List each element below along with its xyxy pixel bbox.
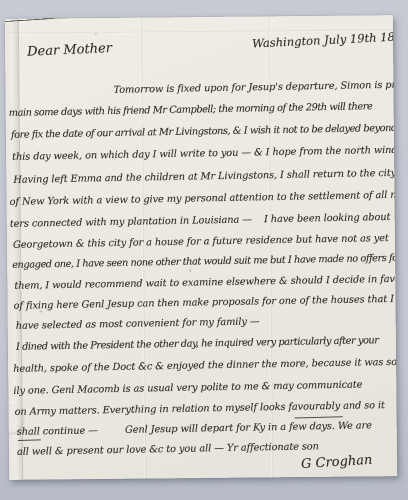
letter-line: main some days with his friend Mr Campbe… xyxy=(9,101,373,119)
letter-line: ily one. Genl Macomb is as usual very po… xyxy=(13,379,362,396)
foxing-spot xyxy=(189,269,191,272)
letter-line: health, spoke of the Doct &c & enjoyed t… xyxy=(13,356,397,374)
underline-stroke xyxy=(18,439,41,441)
letter-line: this day week, on which day I will write… xyxy=(12,145,397,163)
foxing-spot xyxy=(95,33,97,35)
letter-line: of fixing here Genl Jesup can then make … xyxy=(13,294,394,312)
letter-line: have selected as most convenient for my … xyxy=(16,316,260,331)
letter-sheet: Dear Mother Washington July 19th 1829 To… xyxy=(5,15,397,480)
letter-line: engaged one, I have seen none other that… xyxy=(12,253,397,271)
letter-line: all well & present our love &c to you al… xyxy=(17,441,319,458)
salutation-text: Dear Mother xyxy=(27,41,112,60)
letter-line: Tomorrow is fixed upon for Jesup's depar… xyxy=(113,78,397,96)
letter-line: ters connected with my plantation in Lou… xyxy=(10,212,391,230)
letter-line: I dined with the President the other day… xyxy=(16,335,379,353)
letter-line: of New York with a view to give my perso… xyxy=(9,190,397,208)
signature-text: G Croghan xyxy=(301,453,373,472)
underline-stroke xyxy=(295,416,343,418)
letter-line: them, I would recommend wait to examine … xyxy=(14,274,397,292)
letter-line: fore fix the date of our arrival at Mr L… xyxy=(11,123,397,141)
photo-background: Dear Mother Washington July 19th 1829 To… xyxy=(0,0,408,500)
letter-line: shall continue — Genl Jesup will depart … xyxy=(17,420,372,438)
letter-line: on Army matters. Everything in relation … xyxy=(14,400,384,418)
letter-line: Georgetown & this city for a house for a… xyxy=(13,233,389,251)
letter-line: Having left Emma and the children at Mr … xyxy=(13,168,396,186)
